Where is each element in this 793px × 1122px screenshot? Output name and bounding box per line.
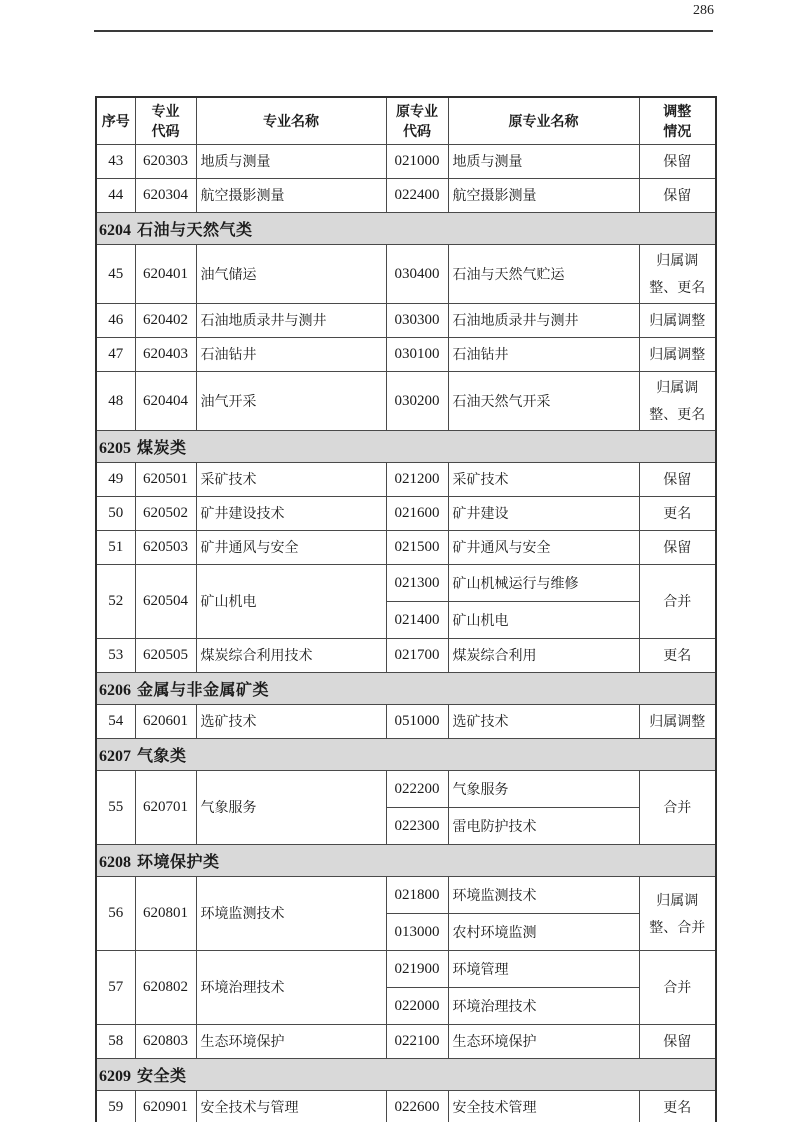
cell-orig-name: 石油地质录井与测井 <box>448 304 639 338</box>
cell-serial: 44 <box>96 179 135 213</box>
cell-serial: 53 <box>96 639 135 673</box>
cell-serial: 51 <box>96 531 135 565</box>
cell-orig-code: 051000 <box>386 705 448 739</box>
table-row: 56620801环境监测技术021800环境监测技术归属调整、合并 <box>96 877 716 914</box>
cell-serial: 43 <box>96 145 135 179</box>
cell-status: 合并 <box>639 565 716 639</box>
cell-major-code: 620303 <box>135 145 196 179</box>
header-rule <box>94 30 713 32</box>
cell-orig-code: 021400 <box>386 602 448 639</box>
cell-major-code: 620802 <box>135 951 196 1025</box>
cell-major-code: 620801 <box>135 877 196 951</box>
cell-major-name: 煤炭综合利用技术 <box>196 639 386 673</box>
table-row: 53620505煤炭综合利用技术021700煤炭综合利用更名 <box>96 639 716 673</box>
cell-orig-code: 022100 <box>386 1025 448 1059</box>
table-row: 46620402石油地质录井与测井030300石油地质录井与测井归属调整 <box>96 304 716 338</box>
cell-orig-code: 021900 <box>386 951 448 988</box>
cell-serial: 48 <box>96 372 135 431</box>
table-row: 49620501采矿技术021200采矿技术保留 <box>96 463 716 497</box>
section-code: 6208 <box>99 854 131 871</box>
table-row: 43620303地质与测量021000地质与测量保留 <box>96 145 716 179</box>
cell-major-name: 石油地质录井与测井 <box>196 304 386 338</box>
section-cell: 6208环境保护类 <box>96 845 716 877</box>
cell-orig-name: 农村环境监测 <box>448 914 639 951</box>
cell-major-name: 采矿技术 <box>196 463 386 497</box>
cell-major-name: 油气储运 <box>196 245 386 304</box>
page-number: 286 <box>693 3 714 19</box>
cell-status: 更名 <box>639 1091 716 1122</box>
section-name: 安全类 <box>137 1068 187 1085</box>
section-name: 环境保护类 <box>137 854 220 871</box>
cell-major-name: 矿井通风与安全 <box>196 531 386 565</box>
table-row: 55620701气象服务022200气象服务合并 <box>96 771 716 808</box>
section-row: 6205煤炭类 <box>96 431 716 463</box>
cell-major-code: 620304 <box>135 179 196 213</box>
table-header-row: 序号 专业 代码 专业名称 原专业 代码 原专业名称 调整 情况 <box>96 97 716 145</box>
cell-major-code: 620504 <box>135 565 196 639</box>
cell-major-name: 气象服务 <box>196 771 386 845</box>
cell-major-code: 620501 <box>135 463 196 497</box>
cell-major-code: 620502 <box>135 497 196 531</box>
section-row: 6206金属与非金属矿类 <box>96 673 716 705</box>
cell-major-code: 620401 <box>135 245 196 304</box>
cell-orig-name: 安全技术管理 <box>448 1091 639 1122</box>
cell-orig-name: 矿山机械运行与维修 <box>448 565 639 602</box>
cell-major-code: 620403 <box>135 338 196 372</box>
cell-serial: 59 <box>96 1091 135 1122</box>
cell-orig-name: 雷电防护技术 <box>448 808 639 845</box>
cell-status: 归属调整、更名 <box>639 245 716 304</box>
cell-orig-name: 地质与测量 <box>448 145 639 179</box>
cell-orig-name: 环境治理技术 <box>448 988 639 1025</box>
cell-status: 合并 <box>639 951 716 1025</box>
table-row: 57620802环境治理技术021900环境管理合并 <box>96 951 716 988</box>
cell-status: 保留 <box>639 463 716 497</box>
cell-major-name: 航空摄影测量 <box>196 179 386 213</box>
section-code: 6209 <box>99 1068 131 1085</box>
section-row: 6208环境保护类 <box>96 845 716 877</box>
section-code: 6206 <box>99 682 131 699</box>
cell-orig-code: 030200 <box>386 372 448 431</box>
table-row: 44620304航空摄影测量022400航空摄影测量保留 <box>96 179 716 213</box>
cell-major-code: 620505 <box>135 639 196 673</box>
table-row: 52620504矿山机电021300矿山机械运行与维修合并 <box>96 565 716 602</box>
cell-orig-name: 矿井建设 <box>448 497 639 531</box>
header-orig-code: 原专业 代码 <box>386 97 448 145</box>
cell-status: 保留 <box>639 179 716 213</box>
cell-orig-code: 022400 <box>386 179 448 213</box>
cell-orig-name: 气象服务 <box>448 771 639 808</box>
cell-orig-code: 021300 <box>386 565 448 602</box>
cell-major-name: 石油钻井 <box>196 338 386 372</box>
header-major-name: 专业名称 <box>196 97 386 145</box>
table-row: 45620401油气储运030400石油与天然气贮运归属调整、更名 <box>96 245 716 304</box>
cell-serial: 45 <box>96 245 135 304</box>
cell-status: 更名 <box>639 639 716 673</box>
cell-serial: 58 <box>96 1025 135 1059</box>
cell-orig-code: 021800 <box>386 877 448 914</box>
cell-orig-code: 021200 <box>386 463 448 497</box>
cell-orig-name: 煤炭综合利用 <box>448 639 639 673</box>
cell-orig-name: 矿井通风与安全 <box>448 531 639 565</box>
cell-major-code: 620601 <box>135 705 196 739</box>
section-name: 煤炭类 <box>137 440 187 457</box>
cell-status: 保留 <box>639 531 716 565</box>
section-name: 石油与天然气类 <box>137 222 253 239</box>
cell-major-name: 环境监测技术 <box>196 877 386 951</box>
cell-serial: 49 <box>96 463 135 497</box>
cell-serial: 52 <box>96 565 135 639</box>
cell-orig-code: 022300 <box>386 808 448 845</box>
cell-status: 归属调整 <box>639 338 716 372</box>
section-code: 6207 <box>99 748 131 765</box>
cell-orig-code: 030400 <box>386 245 448 304</box>
table-row: 47620403石油钻井030100石油钻井归属调整 <box>96 338 716 372</box>
cell-status: 保留 <box>639 1025 716 1059</box>
cell-status: 归属调整、合并 <box>639 877 716 951</box>
cell-status: 归属调整 <box>639 304 716 338</box>
cell-status: 归属调整 <box>639 705 716 739</box>
section-name: 金属与非金属矿类 <box>137 682 269 699</box>
header-status: 调整 情况 <box>639 97 716 145</box>
cell-major-name: 油气开采 <box>196 372 386 431</box>
cell-major-name: 环境治理技术 <box>196 951 386 1025</box>
cell-major-name: 矿井建设技术 <box>196 497 386 531</box>
cell-major-code: 620701 <box>135 771 196 845</box>
cell-orig-name: 采矿技术 <box>448 463 639 497</box>
header-serial: 序号 <box>96 97 135 145</box>
cell-status: 归属调整、更名 <box>639 372 716 431</box>
table-row: 50620502矿井建设技术021600矿井建设更名 <box>96 497 716 531</box>
cell-status: 更名 <box>639 497 716 531</box>
cell-major-code: 620402 <box>135 304 196 338</box>
cell-orig-name: 石油与天然气贮运 <box>448 245 639 304</box>
cell-orig-name: 环境管理 <box>448 951 639 988</box>
section-name: 气象类 <box>137 748 187 765</box>
section-cell: 6209安全类 <box>96 1059 716 1091</box>
cell-orig-code: 022200 <box>386 771 448 808</box>
cell-orig-code: 022000 <box>386 988 448 1025</box>
section-row: 6204石油与天然气类 <box>96 213 716 245</box>
section-code: 6204 <box>99 222 131 239</box>
cell-serial: 46 <box>96 304 135 338</box>
cell-major-code: 620803 <box>135 1025 196 1059</box>
cell-serial: 50 <box>96 497 135 531</box>
section-cell: 6207气象类 <box>96 739 716 771</box>
table-row: 58620803生态环境保护022100生态环境保护保留 <box>96 1025 716 1059</box>
section-cell: 6206金属与非金属矿类 <box>96 673 716 705</box>
cell-orig-code: 021500 <box>386 531 448 565</box>
cell-orig-code: 021000 <box>386 145 448 179</box>
cell-major-code: 620503 <box>135 531 196 565</box>
table-body: 43620303地质与测量021000地质与测量保留44620304航空摄影测量… <box>96 145 716 1122</box>
cell-major-code: 620404 <box>135 372 196 431</box>
section-row: 6207气象类 <box>96 739 716 771</box>
cell-orig-code: 021600 <box>386 497 448 531</box>
section-code: 6205 <box>99 440 131 457</box>
section-cell: 6204石油与天然气类 <box>96 213 716 245</box>
cell-orig-name: 生态环境保护 <box>448 1025 639 1059</box>
cell-status: 保留 <box>639 145 716 179</box>
section-row: 6209安全类 <box>96 1059 716 1091</box>
cell-serial: 55 <box>96 771 135 845</box>
cell-orig-name: 环境监测技术 <box>448 877 639 914</box>
cell-orig-code: 013000 <box>386 914 448 951</box>
cell-serial: 56 <box>96 877 135 951</box>
table-header: 序号 专业 代码 专业名称 原专业 代码 原专业名称 调整 情况 <box>96 97 716 145</box>
cell-orig-code: 022600 <box>386 1091 448 1122</box>
cell-orig-code: 030100 <box>386 338 448 372</box>
cell-orig-name: 航空摄影测量 <box>448 179 639 213</box>
cell-major-code: 620901 <box>135 1091 196 1122</box>
cell-major-name: 安全技术与管理 <box>196 1091 386 1122</box>
cell-serial: 57 <box>96 951 135 1025</box>
cell-orig-name: 矿山机电 <box>448 602 639 639</box>
cell-serial: 47 <box>96 338 135 372</box>
section-cell: 6205煤炭类 <box>96 431 716 463</box>
table-row: 59620901安全技术与管理022600安全技术管理更名 <box>96 1091 716 1122</box>
table-row: 51620503矿井通风与安全021500矿井通风与安全保留 <box>96 531 716 565</box>
header-orig-name: 原专业名称 <box>448 97 639 145</box>
cell-orig-name: 选矿技术 <box>448 705 639 739</box>
majors-adjustment-table: 序号 专业 代码 专业名称 原专业 代码 原专业名称 调整 情况 4362030… <box>95 96 717 1122</box>
cell-status: 合并 <box>639 771 716 845</box>
table-row: 54620601选矿技术051000选矿技术归属调整 <box>96 705 716 739</box>
cell-major-name: 选矿技术 <box>196 705 386 739</box>
header-major-code: 专业 代码 <box>135 97 196 145</box>
cell-orig-name: 石油天然气开采 <box>448 372 639 431</box>
table-row: 48620404油气开采030200石油天然气开采归属调整、更名 <box>96 372 716 431</box>
cell-serial: 54 <box>96 705 135 739</box>
cell-orig-code: 030300 <box>386 304 448 338</box>
majors-table-wrap: 序号 专业 代码 专业名称 原专业 代码 原专业名称 调整 情况 4362030… <box>95 96 717 1122</box>
cell-major-name: 地质与测量 <box>196 145 386 179</box>
cell-major-name: 生态环境保护 <box>196 1025 386 1059</box>
cell-orig-name: 石油钻井 <box>448 338 639 372</box>
cell-major-name: 矿山机电 <box>196 565 386 639</box>
cell-orig-code: 021700 <box>386 639 448 673</box>
document-page: 286 序号 专业 代码 专业名称 原专业 代码 原专业名称 调整 情况 436… <box>0 0 793 1122</box>
